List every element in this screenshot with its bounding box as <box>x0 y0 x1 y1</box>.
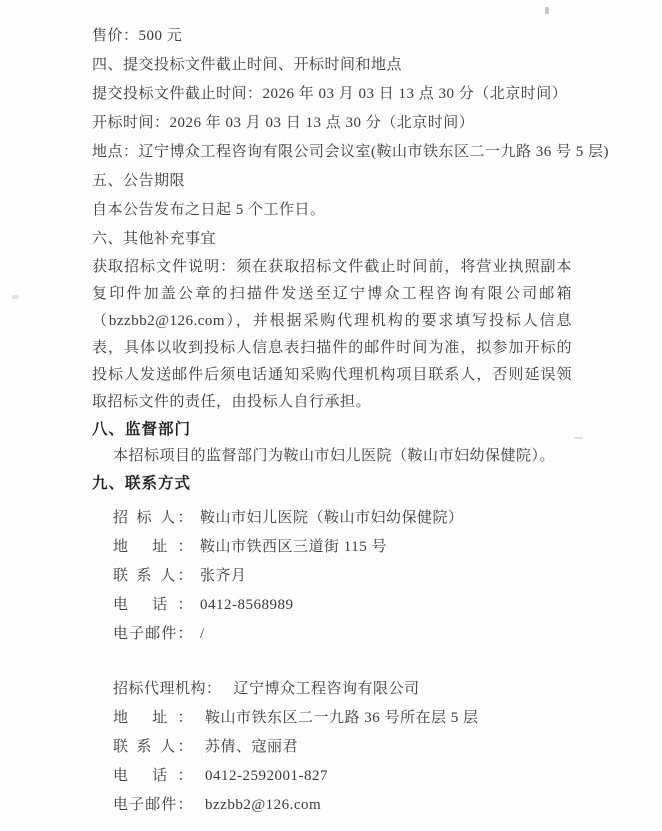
bid-submission-deadline-line: 提交投标文件截止时间：2026 年 03 月 03 日 13 点 30 分（北京… <box>92 80 572 109</box>
tenderer-contact-person-row: 联 系 人：张齐月 <box>113 562 572 591</box>
scan-speck <box>545 7 549 14</box>
document-acquisition-note: 获取招标文件说明：须在获取招标文件截止时间前，将营业执照副本复印件加盖公章的扫描… <box>92 254 572 416</box>
tenderer-phone-row: 电 话：0412-8568989 <box>113 591 572 620</box>
section-6-heading: 六、其他补充事宜 <box>92 225 572 254</box>
tenderer-phone-label: 电 话： <box>113 591 193 620</box>
tenderer-name-row: 招 标 人：鞍山市妇儿医院（鞍山市妇幼保健院） <box>113 504 572 533</box>
bid-opening-time-line: 开标时间：2026 年 03 月 03 日 13 点 30 分（北京时间） <box>92 109 572 138</box>
tenderer-phone-value: 0412-8568989 <box>200 597 294 613</box>
tenderer-email-row: 电子邮件：/ <box>113 620 572 649</box>
scan-speck <box>12 295 19 299</box>
section-8-heading: 八、监督部门 <box>92 416 572 443</box>
agency-phone-label: 电 话： <box>113 762 193 791</box>
agency-address-label: 地 址： <box>113 704 193 733</box>
announcement-period-line: 自本公告发布之日起 5 个工作日。 <box>92 196 572 225</box>
section-9-heading: 九、联系方式 <box>92 470 572 497</box>
tenderer-address-row: 地 址：鞍山市铁西区三道街 115 号 <box>113 533 572 562</box>
tenderer-address-value: 鞍山市铁西区三道街 115 号 <box>200 539 387 555</box>
agency-name-label: 招标代理机构： <box>113 675 222 704</box>
price-line: 售价：500 元 <box>92 22 572 51</box>
tenderer-email-value: / <box>200 626 205 642</box>
agency-email-value: bzzbb2@126.com <box>205 797 321 813</box>
agency-phone-value: 0412-2592001-827 <box>205 768 328 784</box>
tenderer-name-label: 招 标 人： <box>113 504 193 533</box>
agency-name-row: 招标代理机构：辽宁博众工程咨询有限公司 <box>113 675 572 704</box>
agency-email-label: 电子邮件： <box>113 791 193 820</box>
agency-name-value: 辽宁博众工程咨询有限公司 <box>234 681 420 697</box>
tenderer-email-label: 电子邮件： <box>113 620 193 649</box>
tenderer-name-value: 鞍山市妇儿医院（鞍山市妇幼保健院） <box>200 510 464 526</box>
tenderer-contact-block: 招 标 人：鞍山市妇儿医院（鞍山市妇幼保健院） 地 址：鞍山市铁西区三道街 11… <box>92 504 572 649</box>
agency-email-row: 电子邮件：bzzbb2@126.com <box>113 791 572 820</box>
agency-phone-row: 电 话：0412-2592001-827 <box>113 762 572 791</box>
agency-contact-person-row: 联 系 人：苏倩、寇丽君 <box>113 733 572 762</box>
bid-opening-location-line: 地点：辽宁博众工程咨询有限公司会议室(鞍山市铁东区二一九路 36 号 5 层) <box>92 138 572 167</box>
tenderer-contact-person-value: 张齐月 <box>200 568 247 584</box>
agency-address-value: 鞍山市铁东区二一九路 36 号所在层 5 层 <box>205 710 479 726</box>
tenderer-contact-person-label: 联 系 人： <box>113 562 193 591</box>
supervision-department-line: 本招标项目的监督部门为鞍山市妇儿医院（鞍山市妇幼保健院）。 <box>92 443 572 470</box>
scanned-document-page: 售价：500 元 四、提交投标文件截止时间、开标时间和地点 提交投标文件截止时间… <box>0 0 662 831</box>
section-5-heading: 五、公告期限 <box>92 167 572 196</box>
agency-address-row: 地 址：鞍山市铁东区二一九路 36 号所在层 5 层 <box>113 704 572 733</box>
agency-contact-person-value: 苏倩、寇丽君 <box>205 739 298 755</box>
agency-contact-person-label: 联 系 人： <box>113 733 193 762</box>
tenderer-address-label: 地 址： <box>113 533 193 562</box>
section-4-heading: 四、提交投标文件截止时间、开标时间和地点 <box>92 51 572 80</box>
scan-speck <box>574 437 583 439</box>
agency-contact-block: 招标代理机构：辽宁博众工程咨询有限公司 地 址：鞍山市铁东区二一九路 36 号所… <box>92 675 572 820</box>
